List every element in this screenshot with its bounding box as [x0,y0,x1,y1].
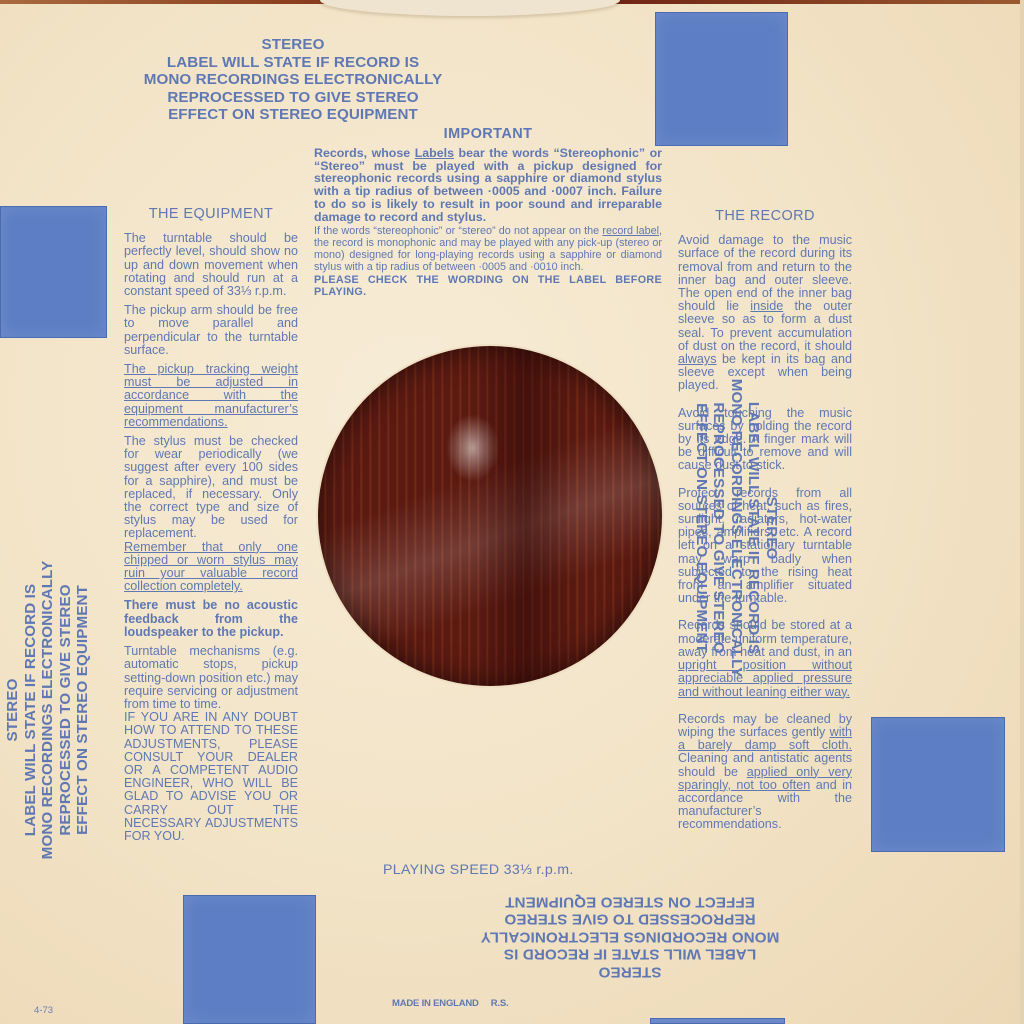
equipment-paragraph: Remember that only one chipped or worn s… [124,541,298,594]
important-section: IMPORTANT Records, whose Labels bear the… [314,128,662,300]
stereo-line: EFFECT ON STEREO EQUIPMENT [118,106,468,124]
stereo-line: MONO RECORDINGS ELECTRONICALLY [39,540,57,880]
equipment-paragraph: Turntable mechanisms (e.g. automatic sto… [124,645,298,711]
stereo-line: REPROCESSED TO GIVE STEREO [57,540,75,880]
initials-text: R.S. [491,998,509,1009]
stereo-line: STEREO [455,963,805,981]
sleeve-edge [1020,0,1024,1024]
stereo-line: MONO RECORDINGS ELECTRONICALLY [455,928,805,946]
text: the record is monophonic and may be play… [314,237,662,273]
stereo-line: REPROCESSED TO GIVE STEREO [455,911,805,929]
made-in-label: MADE IN ENGLANDR.S. [392,998,508,1009]
equipment-section: THE EQUIPMENT The turntable should be pe… [124,208,298,849]
stereo-line: LABEL WILL STATE IF RECORD IS [455,946,805,964]
underlined-text: record label, [602,225,662,237]
equipment-paragraph: The turntable should be perfectly level,… [124,232,298,298]
stereo-line: STEREO [118,36,468,54]
text: If the words “stereophonic” or “stereo” … [314,225,602,237]
made-in-text: MADE IN ENGLAND [392,998,479,1009]
stereo-line: REPROCESSED TO GIVE STEREO [118,89,468,107]
important-paragraph-stereo: Records, whose Labels bear the words “St… [314,147,662,224]
print-code: 4-73 [34,1005,53,1016]
important-heading: IMPORTANT [314,128,662,141]
record-heading: THE RECORD [678,210,852,223]
record-paragraph: Protect records from all sources of heat… [678,487,852,606]
record-paragraph: Records should be stored at a moderate u… [678,619,852,698]
equipment-paragraph: The stylus must be checked for wear peri… [124,435,298,541]
stereo-notice-top: STEREO LABEL WILL STATE IF RECORD IS MON… [118,36,468,124]
underlined-text: inside [750,299,783,313]
sleeve-center-window [318,346,662,686]
equipment-paragraph: IF YOU ARE IN ANY DOUBT HOW TO ATTEND TO… [124,711,298,843]
stereo-line: LABEL WILL STATE IF RECORD IS [22,540,40,880]
stereo-line: EFFECT ON STEREO EQUIPMENT [74,540,92,880]
record-paragraph: Records may be cleaned by wiping the sur… [678,713,852,832]
blue-square-right [871,717,1005,852]
important-paragraph-mono: If the words “stereophonic” or “stereo” … [314,225,662,273]
underlined-text: always [678,352,717,366]
blue-square-bottom [183,895,316,1024]
blue-square-top-right [655,12,788,146]
important-check-label: PLEASE CHECK THE WORDING ON THE LABEL BE… [314,274,662,300]
stereo-notice-left: STEREO LABEL WILL STATE IF RECORD IS MON… [4,540,92,880]
stereo-line: MONO RECORDINGS ELECTRONICALLY [118,71,468,89]
stereo-notice-bottom: STEREO LABEL WILL STATE IF RECORD IS MON… [455,893,805,981]
record-section: THE RECORD Avoid damage to the music sur… [678,210,852,846]
stereo-line: EFFECT ON STEREO EQUIPMENT [455,893,805,911]
playing-speed-label: PLAYING SPEED 33⅓ r.p.m. [383,862,574,878]
equipment-paragraph: There must be no acoustic feedback from … [124,599,298,639]
blue-square-bottom-edge [650,1018,785,1024]
stereo-line: LABEL WILL STATE IF RECORD IS [118,54,468,72]
equipment-heading: THE EQUIPMENT [124,208,298,221]
record-paragraph: Avoid touching the music surfaces by hol… [678,407,852,473]
blue-square-left [0,206,107,338]
text: Records should be stored at a moderate u… [678,618,852,658]
underlined-text: upright position without appreciable app… [678,658,852,698]
stereo-line: STEREO [4,540,22,880]
record-paragraph: Avoid damage to the music surface of the… [678,234,852,392]
equipment-paragraph: The pickup arm should be free to move pa… [124,304,298,357]
equipment-paragraph: The pickup tracking weight must be adjus… [124,363,298,429]
text: Records may be cleaned by wiping the sur… [678,712,852,739]
